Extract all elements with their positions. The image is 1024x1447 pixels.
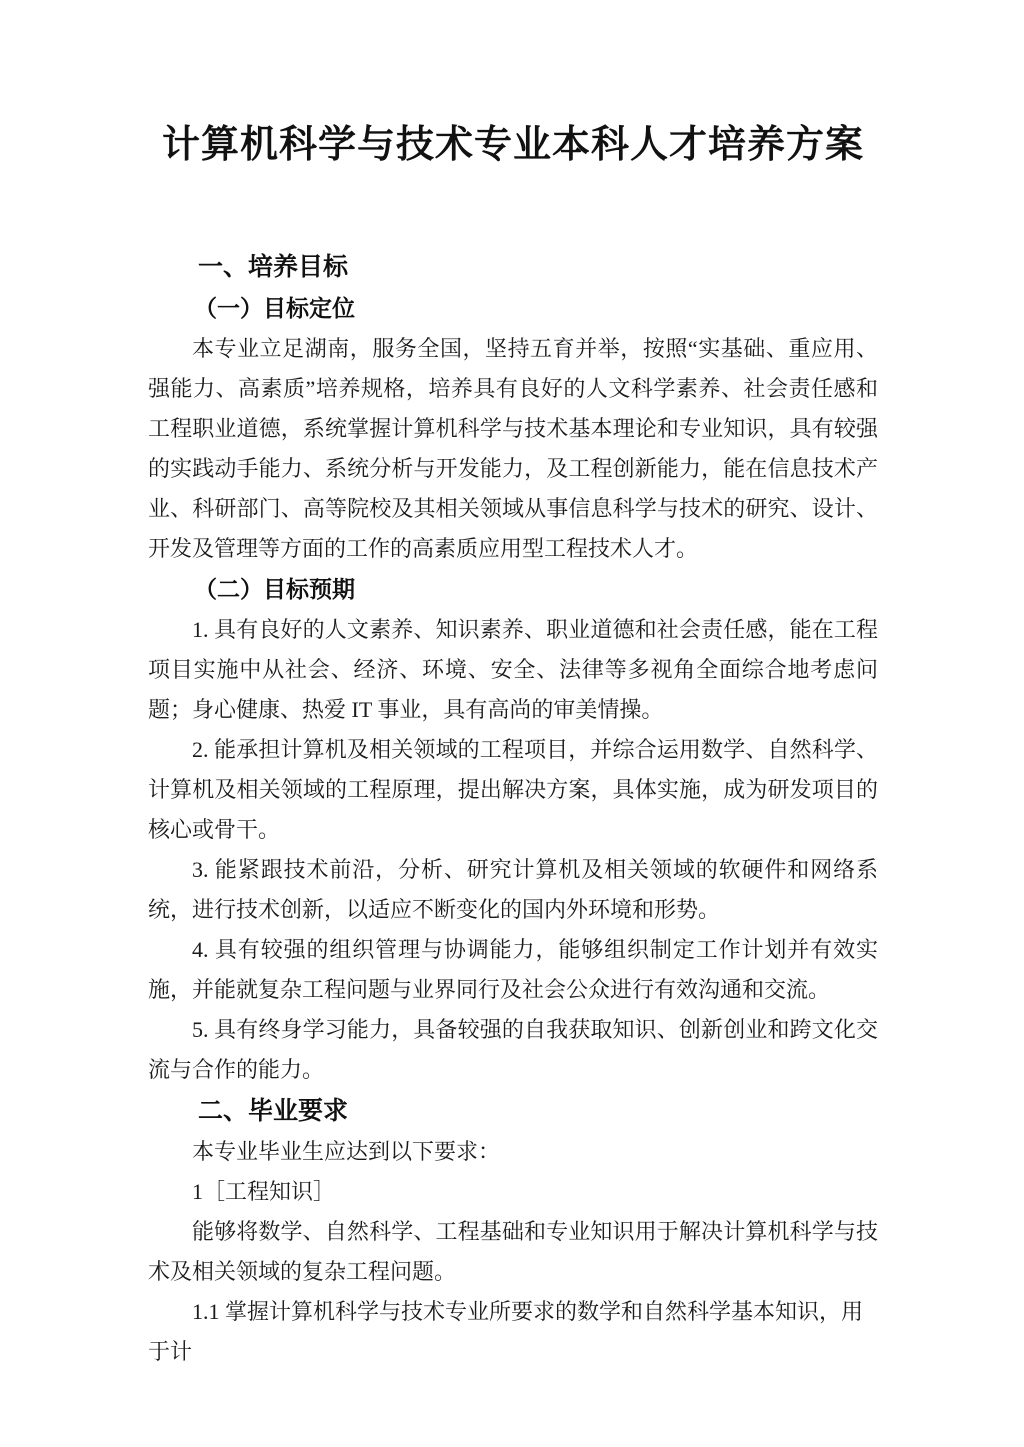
- expectation-item-2: 2. 能承担计算机及相关领域的工程项目，并综合运用数学、自然科学、计算机及相关领…: [148, 730, 878, 850]
- section-heading-graduation-requirements: 二、毕业要求: [148, 1090, 878, 1132]
- requirement-1-label: 1［工程知识］: [148, 1172, 878, 1212]
- subsection-heading-goal-expectations: （二）目标预期: [148, 569, 878, 610]
- expectation-item-4: 4. 具有较强的组织管理与协调能力，能够组织制定工作计划并有效实施，并能就复杂工…: [148, 930, 878, 1010]
- expectation-item-1: 1. 具有良好的人文素养、知识素养、职业道德和社会责任感，能在工程项目实施中从社…: [148, 610, 878, 730]
- expectation-item-3: 3. 能紧跟技术前沿，分析、研究计算机及相关领域的软硬件和网络系统，进行技术创新…: [148, 850, 878, 930]
- graduation-intro: 本专业毕业生应达到以下要求：: [148, 1132, 878, 1172]
- section-heading-training-goals: 一、培养目标: [148, 246, 878, 288]
- paragraph-goal-positioning: 本专业立足湖南，服务全国，坚持五育并举，按照“实基础、重应用、强能力、高素质”培…: [148, 329, 878, 569]
- requirement-1-description: 能够将数学、自然科学、工程基础和专业知识用于解决计算机科学与技术及相关领域的复杂…: [148, 1212, 878, 1292]
- expectation-item-5: 5. 具有终身学习能力，具备较强的自我获取知识、创新创业和跨文化交流与合作的能力…: [148, 1010, 878, 1090]
- document-page: 计算机科学与技术专业本科人才培养方案 一、培养目标 （一）目标定位 本专业立足湖…: [0, 0, 1024, 1447]
- subsection-heading-goal-positioning: （一）目标定位: [148, 288, 878, 329]
- document-title: 计算机科学与技术专业本科人才培养方案: [148, 118, 878, 172]
- requirement-1-1: 1.1 掌握计算机科学与技术专业所要求的数学和自然科学基本知识，用于计: [148, 1292, 878, 1372]
- document-content: 计算机科学与技术专业本科人才培养方案 一、培养目标 （一）目标定位 本专业立足湖…: [0, 0, 1024, 1372]
